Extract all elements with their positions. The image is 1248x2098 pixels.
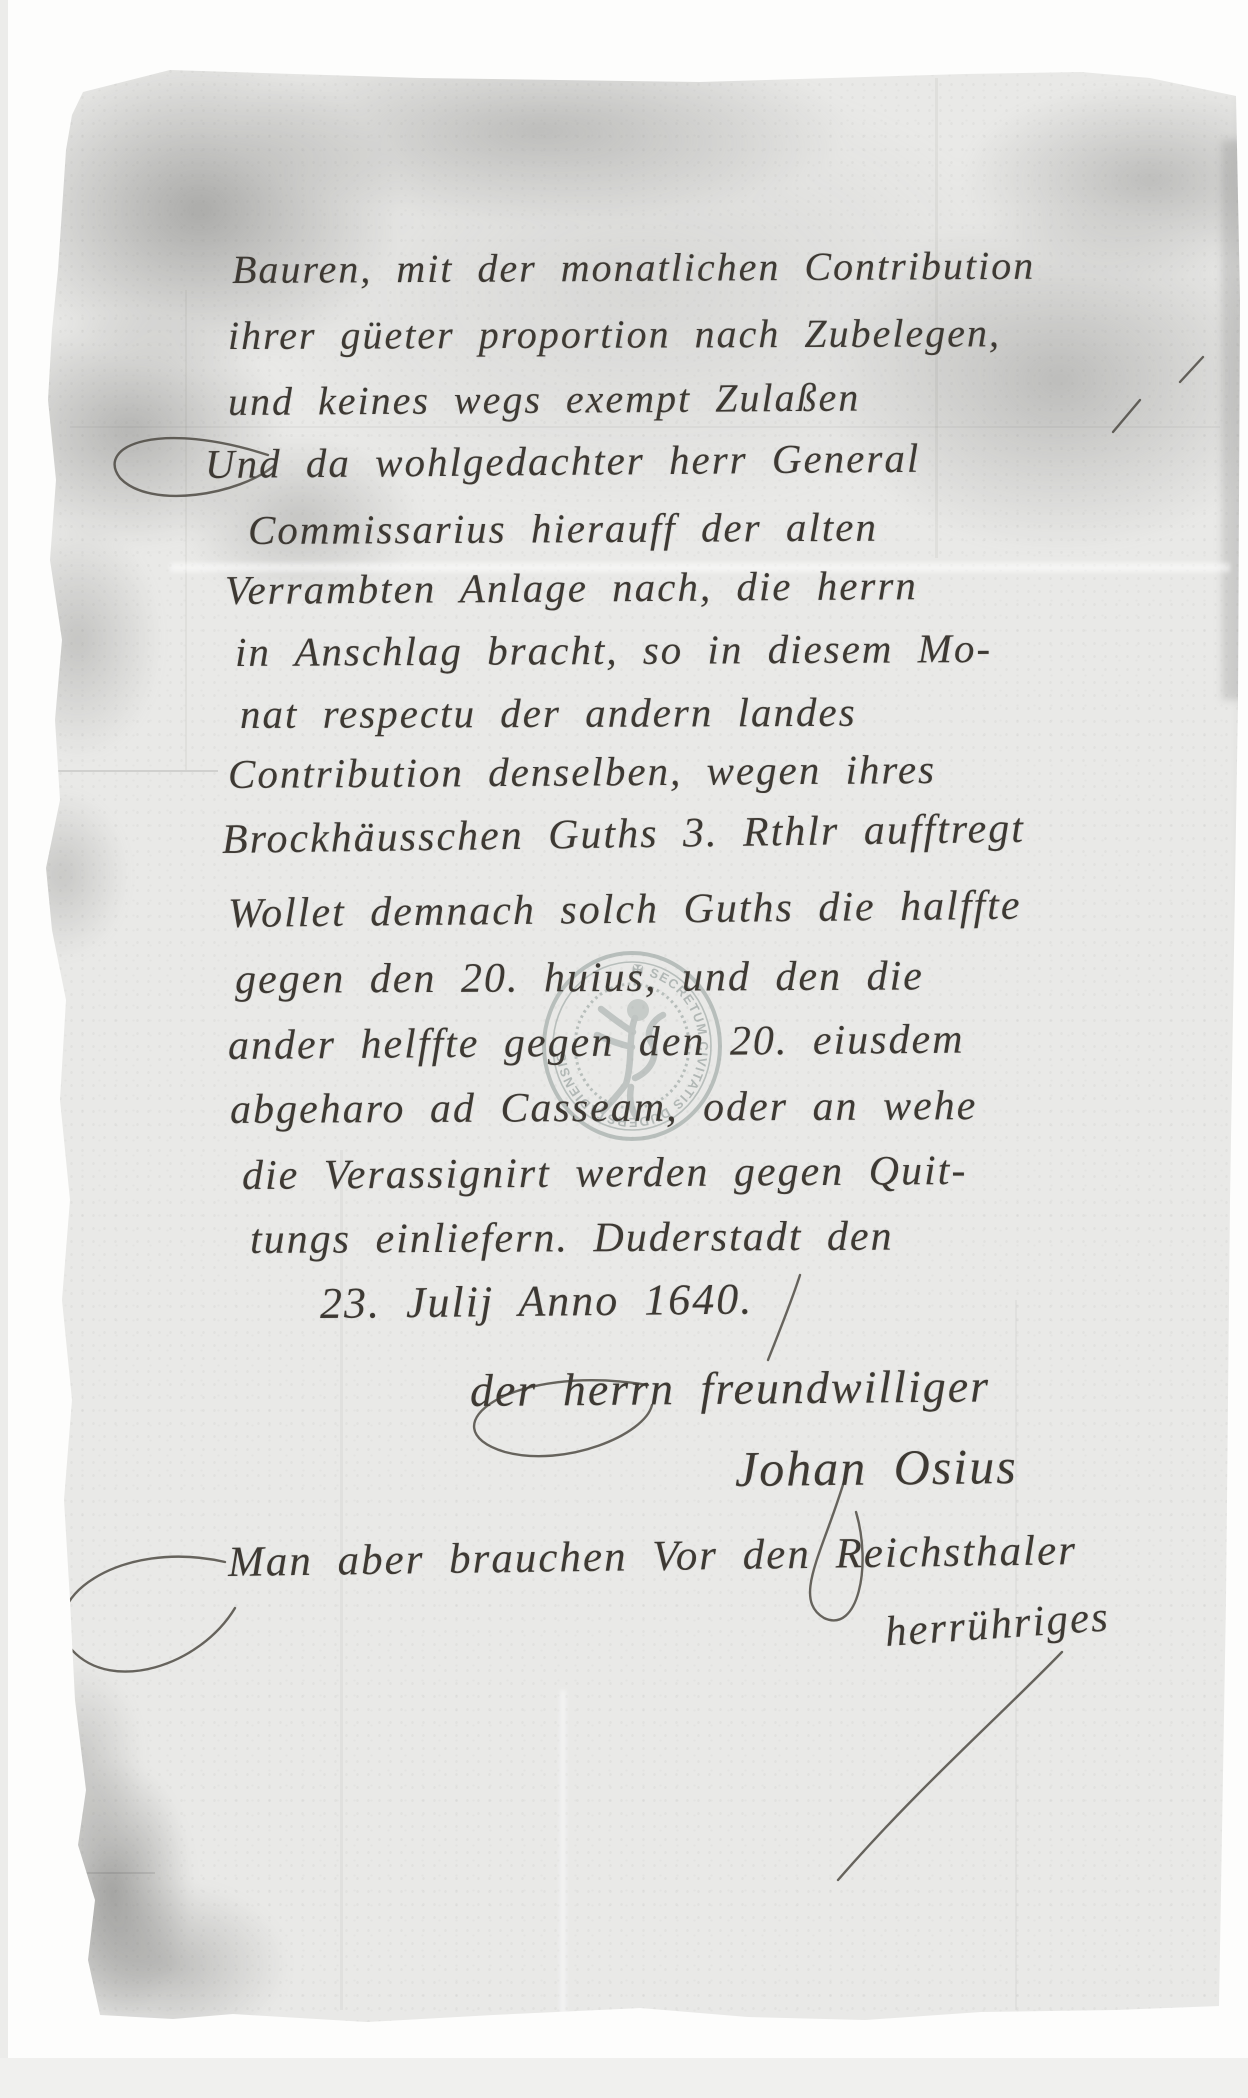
ink-flourish (62, 1557, 235, 1672)
manuscript-line: die Verassignirt werden gegen Quit- (242, 1147, 968, 1200)
manuscript-line: 23. Julij Anno 1640. (320, 1273, 754, 1329)
manuscript-line: abgeharo ad Casseam, oder an wehe (230, 1082, 978, 1134)
manuscript-line: ihrer güeter proportion nach Zubelegen, (228, 309, 1001, 359)
manuscript-line: ander helffte gegen den 20. eiusdem (228, 1016, 965, 1070)
manuscript-line: Wollet demnach solch Guths die halffte (228, 882, 1022, 938)
manuscript-line: Contribution denselben, wegen ihres (228, 745, 936, 798)
scanned-document: ✠ SECRETUM CIVITATIS DUDERSTADIENSIS Ba (0, 0, 1248, 2098)
manuscript-line: Bauren, mit der monatlichen Contribution (232, 242, 1035, 293)
manuscript-line: tungs einliefern. Duderstadt den (250, 1213, 894, 1264)
manuscript-line: nat respectu der andern landes (240, 688, 857, 738)
scan-edge-strip (0, 0, 8, 2098)
manuscript-line: Verrambten Anlage nach, die herrn (225, 561, 918, 614)
manuscript-line: Johan Osius (735, 1437, 1018, 1498)
manuscript-line: und keines wegs exempt Zulaßen (228, 374, 861, 425)
ink-flourish (1113, 400, 1140, 432)
ink-flourish (1180, 357, 1203, 382)
ink-flourish (768, 1275, 800, 1360)
manuscript-line: Commissarius hierauff der alten (248, 503, 878, 554)
manuscript-line: der herrn freundwilliger (470, 1359, 991, 1417)
manuscript-line: Und da wohlgedachter herr General (205, 434, 921, 488)
manuscript-line: in Anschlag bracht, so in diesem Mo- (235, 624, 992, 676)
ink-flourish (838, 1652, 1062, 1880)
paper-sheet: ✠ SECRETUM CIVITATIS DUDERSTADIENSIS Ba (0, 0, 1248, 2098)
scan-bottom-strip (0, 2058, 1248, 2098)
manuscript-line: gegen den 20. huius, und den die (235, 952, 924, 1004)
